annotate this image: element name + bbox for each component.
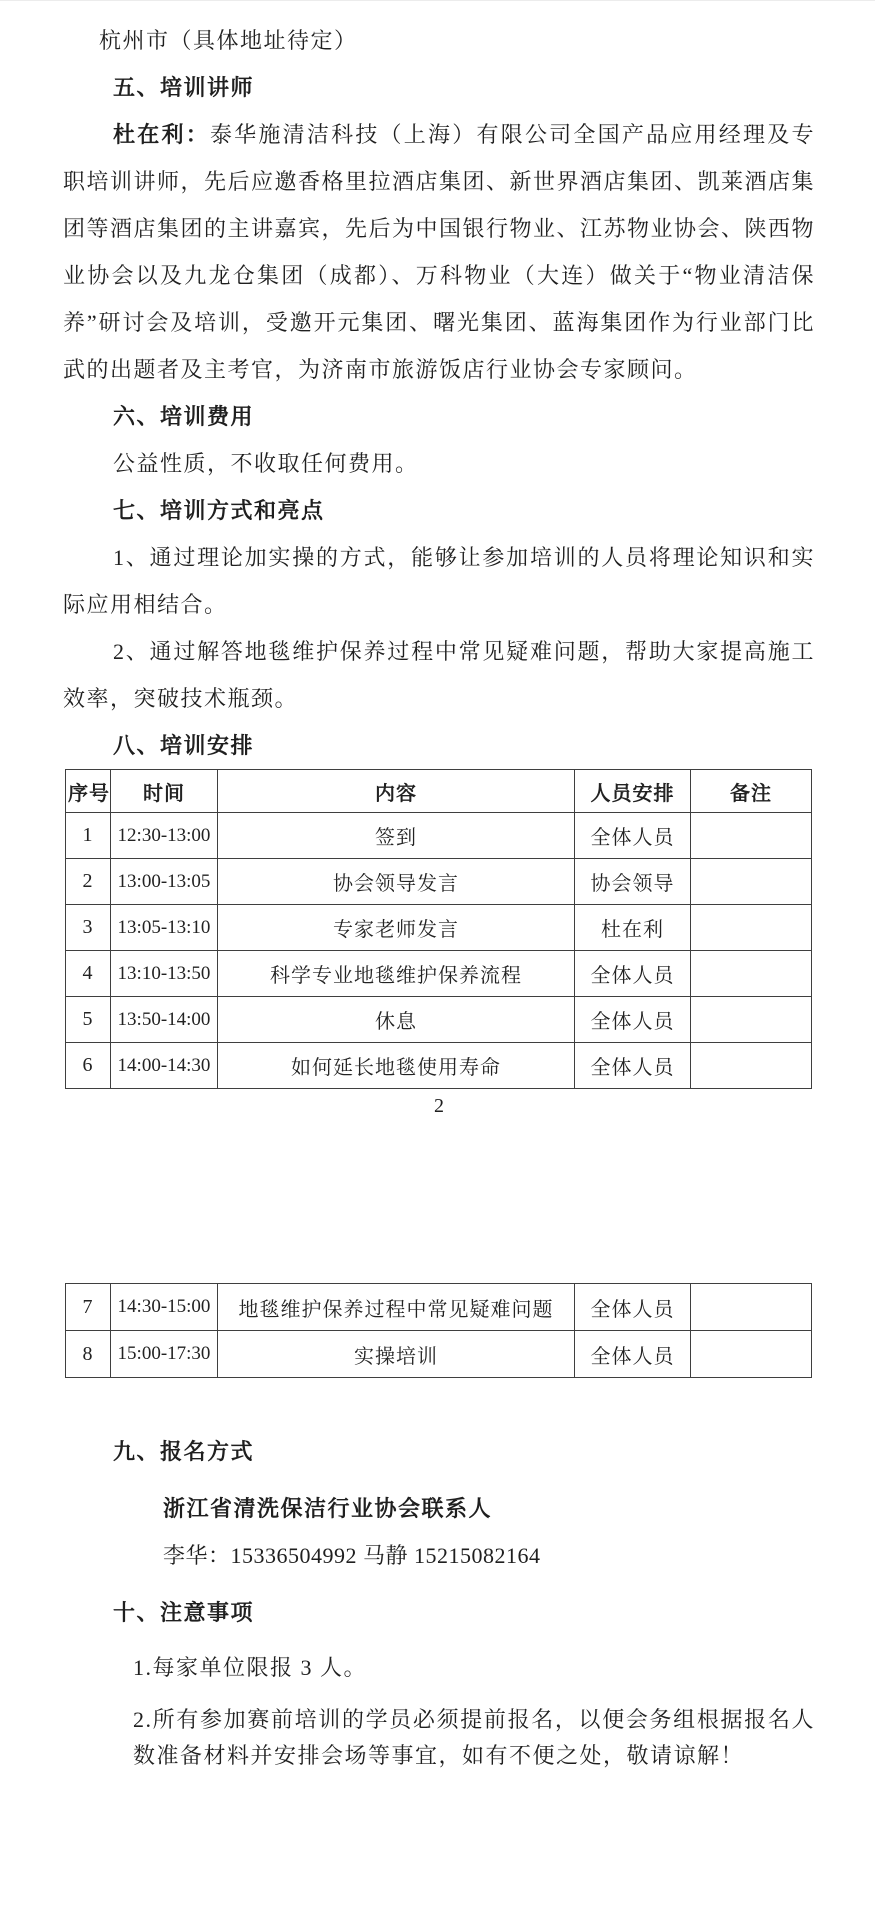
- cell-remark: [691, 1284, 812, 1331]
- fee-body: 公益性质，不收取任何费用。: [63, 440, 815, 487]
- location-line: 杭州市（具体地址待定）: [63, 17, 815, 64]
- cell-remark: [691, 997, 812, 1043]
- trainer-paragraph: 杜在利：泰华施清洁科技（上海）有限公司全国产品应用经理及专职培训讲师，先后应邀香…: [63, 111, 815, 393]
- cell-no: 6: [66, 1043, 111, 1089]
- cell-content: 签到: [218, 813, 575, 859]
- method-item-2: 2、通过解答地毯维护保养过程中常见疑难问题，帮助大家提高施工效率，突破技术瓶颈。: [63, 628, 815, 722]
- cell-remark: [691, 1331, 812, 1378]
- schedule-table-page2: 序号 时间 内容 人员安排 备注 1 12:30-13:00 签到 全体人员 2…: [65, 769, 812, 1089]
- cell-staff: 全体人员: [575, 1043, 691, 1089]
- cell-time: 14:30-15:00: [111, 1284, 218, 1331]
- cell-staff: 协会领导: [575, 859, 691, 905]
- trainer-bio: 泰华施清洁科技（上海）有限公司全国产品应用经理及专职培训讲师，先后应邀香格里拉酒…: [63, 122, 815, 382]
- cell-remark: [691, 951, 812, 997]
- note-item-2: 2.所有参加赛前培训的学员必须提前报名，以便会务组根据报名人数准备材料并安排会场…: [133, 1702, 815, 1774]
- cell-remark: [691, 1043, 812, 1089]
- cell-content: 科学专业地毯维护保养流程: [218, 951, 575, 997]
- document-page: 杭州市（具体地址待定） 五、培训讲师 杜在利：泰华施清洁科技（上海）有限公司全国…: [0, 0, 875, 1930]
- cell-content: 休息: [218, 997, 575, 1043]
- table-row: 4 13:10-13:50 科学专业地毯维护保养流程 全体人员: [66, 951, 812, 997]
- cell-staff: 全体人员: [575, 813, 691, 859]
- heading-trainer: 五、培训讲师: [113, 64, 815, 111]
- cell-no: 2: [66, 859, 111, 905]
- table-row: 7 14:30-15:00 地毯维护保养过程中常见疑难问题 全体人员: [66, 1284, 812, 1331]
- table-row: 2 13:00-13:05 协会领导发言 协会领导: [66, 859, 812, 905]
- method-item-1: 1、通过理论加实操的方式，能够让参加培训的人员将理论知识和实际应用相结合。: [63, 534, 815, 628]
- table-row: 1 12:30-13:00 签到 全体人员: [66, 813, 812, 859]
- cell-staff: 全体人员: [575, 1331, 691, 1378]
- cell-staff: 全体人员: [575, 997, 691, 1043]
- schedule-table-page3: 7 14:30-15:00 地毯维护保养过程中常见疑难问题 全体人员 8 15:…: [65, 1283, 812, 1378]
- heading-schedule: 八、培训安排: [113, 722, 815, 769]
- cell-time: 13:10-13:50: [111, 951, 218, 997]
- cell-no: 1: [66, 813, 111, 859]
- contact-organization: 浙江省清洗保洁行业协会联系人: [163, 1485, 815, 1532]
- page-break-gap: [63, 1123, 815, 1283]
- cell-content: 专家老师发言: [218, 905, 575, 951]
- header-cell-time: 时间: [111, 770, 218, 813]
- cell-remark: [691, 813, 812, 859]
- cell-no: 8: [66, 1331, 111, 1378]
- cell-content: 地毯维护保养过程中常见疑难问题: [218, 1284, 575, 1331]
- note-item-1: 1.每家单位限报 3 人。: [133, 1650, 815, 1686]
- heading-notes: 十、注意事项: [113, 1589, 815, 1636]
- cell-staff: 全体人员: [575, 951, 691, 997]
- header-cell-remark: 备注: [691, 770, 812, 813]
- table-row: 6 14:00-14:30 如何延长地毯使用寿命 全体人员: [66, 1043, 812, 1089]
- table-row: 3 13:05-13:10 专家老师发言 杜在利: [66, 905, 812, 951]
- cell-no: 3: [66, 905, 111, 951]
- cell-remark: [691, 859, 812, 905]
- cell-no: 4: [66, 951, 111, 997]
- header-cell-no: 序号: [66, 770, 111, 813]
- cell-content: 实操培训: [218, 1331, 575, 1378]
- cell-time: 13:50-14:00: [111, 997, 218, 1043]
- table-row: 8 15:00-17:30 实操培训 全体人员: [66, 1331, 812, 1378]
- cell-time: 12:30-13:00: [111, 813, 218, 859]
- page-number: 2: [63, 1089, 815, 1123]
- heading-method: 七、培训方式和亮点: [113, 487, 815, 534]
- cell-no: 7: [66, 1284, 111, 1331]
- cell-staff: 杜在利: [575, 905, 691, 951]
- header-cell-content: 内容: [218, 770, 575, 813]
- cell-no: 5: [66, 997, 111, 1043]
- heading-signup: 九、报名方式: [113, 1428, 815, 1475]
- contact-phone-line: 李华：15336504992 马静 15215082164: [163, 1532, 815, 1579]
- cell-time: 13:05-13:10: [111, 905, 218, 951]
- cell-time: 15:00-17:30: [111, 1331, 218, 1378]
- cell-time: 13:00-13:05: [111, 859, 218, 905]
- trainer-name: 杜在利：: [113, 122, 210, 147]
- cell-content: 如何延长地毯使用寿命: [218, 1043, 575, 1089]
- heading-fee: 六、培训费用: [113, 393, 815, 440]
- table-header-row: 序号 时间 内容 人员安排 备注: [66, 770, 812, 813]
- table-row: 5 13:50-14:00 休息 全体人员: [66, 997, 812, 1043]
- cell-staff: 全体人员: [575, 1284, 691, 1331]
- header-cell-staff: 人员安排: [575, 770, 691, 813]
- cell-time: 14:00-14:30: [111, 1043, 218, 1089]
- cell-remark: [691, 905, 812, 951]
- cell-content: 协会领导发言: [218, 859, 575, 905]
